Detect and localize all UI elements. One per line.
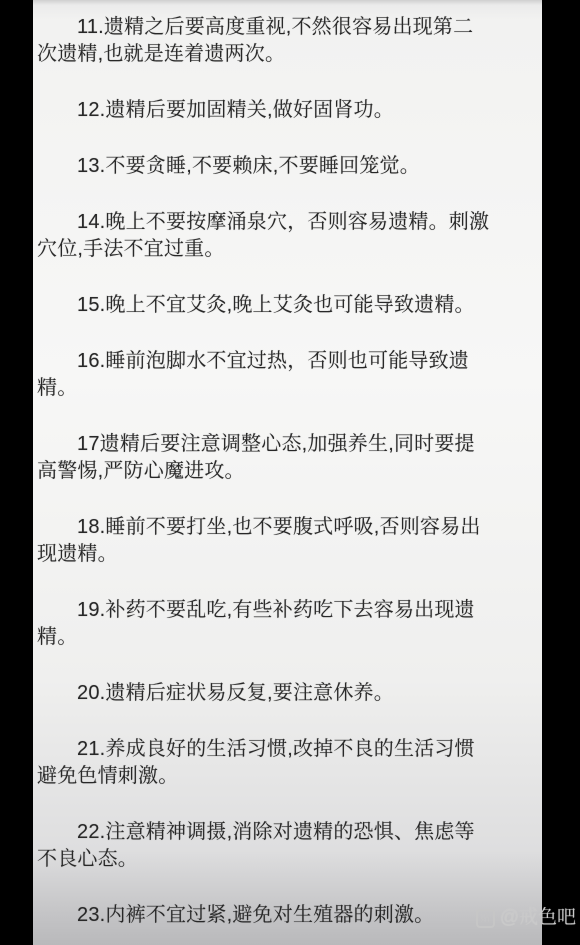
list-item-11: 11.遗精之后要高度重视,不然很容易出现第二 次遗精,也就是连着遗两次。: [37, 14, 538, 68]
watermark: 贴 @戒色吧: [476, 908, 576, 928]
list-item-13: 13.不要贪睡,不要赖床,不要睡回笼觉。: [37, 153, 538, 180]
right-letterbox-bar: [542, 0, 580, 945]
list-item-19: 19.补药不要乱吃,有些补药吃下去容易出现遗 精。: [37, 597, 538, 651]
list-item-22: 22.注意精神调摄,消除对遗精的恐惧、焦虑等 不良心态。: [37, 819, 538, 873]
list-item-14: 14.晚上不要按摩涌泉穴，否则容易遗精。刺激 穴位,手法不宜过重。: [37, 209, 538, 263]
list-item-16: 16.睡前泡脚水不宜过热，否则也可能导致遗 精。: [37, 348, 538, 402]
list-item-21: 21.养成良好的生活习惯,改掉不良的生活习惯 避免色情刺激。: [37, 736, 538, 790]
text-page: 11.遗精之后要高度重视,不然很容易出现第二 次遗精,也就是连着遗两次。 12.…: [33, 0, 542, 945]
watermark-handle: @戒色吧: [500, 908, 576, 928]
image-viewer: 11.遗精之后要高度重视,不然很容易出现第二 次遗精,也就是连着遗两次。 12.…: [0, 0, 580, 945]
left-letterbox-bar: [0, 0, 33, 945]
tieba-logo-glyph: 贴: [481, 914, 490, 923]
list-item-20: 20.遗精后症状易反复,要注意休养。: [37, 680, 538, 707]
list-item-15: 15.晚上不宜艾灸,晚上艾灸也可能导致遗精。: [37, 292, 538, 319]
list-item-12: 12.遗精后要加固精关,做好固肾功。: [37, 97, 538, 124]
list-item-17: 17遗精后要注意调整心态,加强养生,同时要提 高警惕,严防心魔进攻。: [37, 431, 538, 485]
list-item-23: 23.内裤不宜过紧,避免对生殖器的刺激。: [37, 902, 538, 929]
list-item-18: 18.睡前不要打坐,也不要腹式呼吸,否则容易出 现遗精。: [37, 514, 538, 568]
tieba-logo-icon: 贴: [476, 909, 495, 928]
